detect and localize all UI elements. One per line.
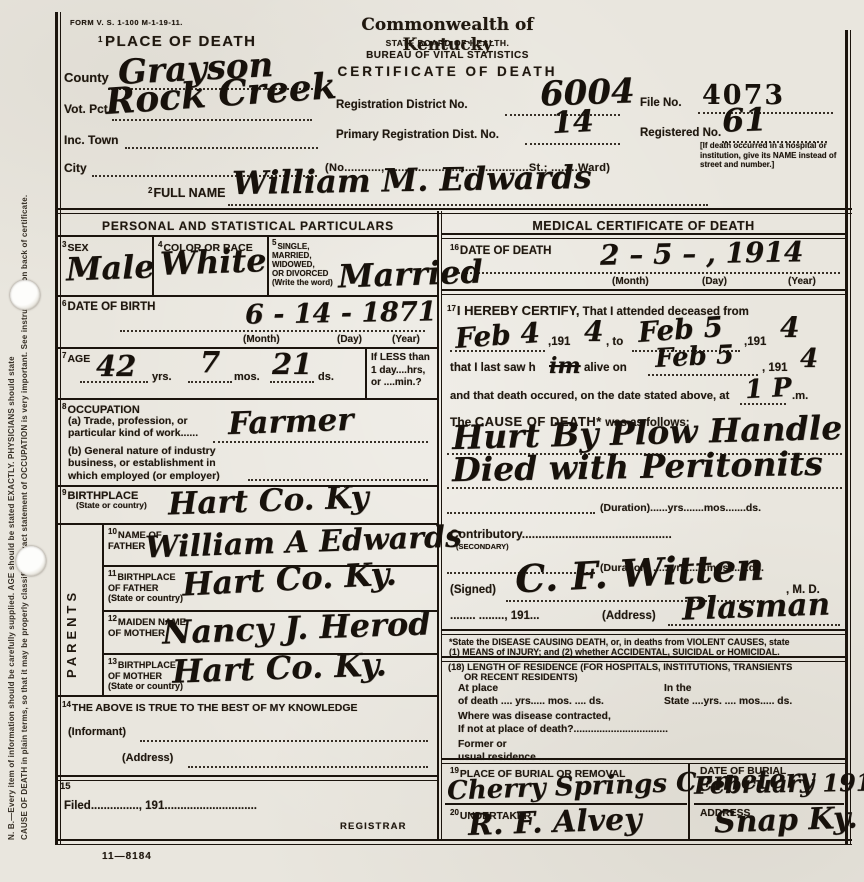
inc-town-leader: [125, 147, 318, 149]
cause-footnote-line1: *State the DISEASE CAUSING DEATH, or, in…: [449, 637, 790, 647]
frame-left-inner: [60, 12, 61, 845]
header-rule: [55, 208, 852, 214]
burial-date-value: February 1914: [694, 770, 864, 797]
marital-label: 5SINGLE, MARRIED, WIDOWED, OR DIVORCED (…: [272, 239, 333, 288]
margin-note-line1: N. B.—Every item of information should b…: [6, 28, 19, 840]
age-yrs-label: yrs.: [152, 371, 172, 384]
statement-rule: [57, 775, 439, 781]
bottom-rule: [55, 839, 852, 845]
death-time-value: 1 P: [744, 375, 792, 403]
dob-month-label: (Month): [243, 334, 280, 346]
father-name-value: William A Edwards: [145, 522, 463, 563]
from-year-value: 4: [584, 318, 603, 346]
dob-year-label: (Year): [392, 334, 420, 346]
dob-day-label: (Day): [337, 334, 362, 346]
physician-address-label: (Address): [602, 610, 656, 624]
certificate-title: CERTIFICATE OF DEATH: [330, 64, 565, 80]
full-name-value: William M. Edwards: [232, 161, 592, 199]
death-occurred-label: and that death occured, on the date stat…: [450, 390, 729, 403]
residence-rule: [441, 758, 846, 764]
margin-note: N. B.—Every item of information should b…: [6, 28, 50, 840]
cause-of-death-line2: Died with Peritonits: [452, 447, 823, 486]
plate-number: 11—8184: [102, 851, 152, 863]
in-the-state-label: In the State ....yrs. .... mos..... ds.: [664, 683, 792, 709]
parents-vertical-label: PARENTS: [64, 548, 79, 678]
parents-cell-divider: [102, 523, 104, 695]
age-days-value: 21: [272, 350, 312, 379]
informant-statement-label: 14THE ABOVE IS TRUE TO THE BEST OF MY KN…: [62, 700, 358, 714]
at-place-of-death-label: At place of death .... yrs..... mos. ...…: [458, 683, 604, 709]
race-value: White: [159, 244, 267, 280]
date-of-death-value: 2 – 5 – , 1914: [600, 238, 804, 270]
full-name-leader: [228, 204, 708, 206]
age-subcell-divider: [365, 348, 367, 398]
to-year-prefix: ,191: [744, 336, 766, 350]
medical-section-title: MEDICAL CERTIFICATE OF DEATH: [441, 219, 846, 234]
dod-month-label: (Month): [612, 276, 649, 288]
primary-registration-leader: [525, 143, 620, 145]
age-years-value: 42: [96, 352, 136, 381]
informant-label: (Informant): [68, 726, 126, 739]
father-birthplace-value: Hart Co. Ky.: [181, 557, 397, 600]
filed-section-number: 15: [60, 781, 71, 792]
registration-district-label: Registration District No.: [336, 99, 468, 113]
row-rule: [57, 695, 439, 697]
row-rule: [57, 398, 439, 400]
secondary-label: (SECONDARY): [456, 543, 509, 552]
informant-leader: [140, 740, 428, 742]
age-months-value: 7: [200, 348, 220, 377]
undertaker-address-value: Snap Ky.: [714, 804, 858, 839]
punch-hole: [16, 546, 46, 576]
sex-value: Male: [65, 250, 155, 285]
county-label: County: [64, 70, 109, 85]
contributory-label: Contributory............................…: [450, 527, 672, 541]
death-time-suffix: .m.: [792, 390, 808, 403]
primary-registration-label: Primary Registration Dist. No.: [336, 129, 499, 143]
undertaker-value: R. F. Alvey: [468, 805, 643, 841]
form-number: FORM V. S. 1-100 M-1-19-11.: [70, 19, 183, 28]
last-saw-post-label: alive on: [584, 362, 627, 376]
signed-label: (Signed): [450, 584, 496, 598]
dob-label: 6DATE OF BIRTH: [62, 299, 155, 315]
age-less-than-label: If LESS than 1 day....hrs, or ....min.?: [371, 352, 430, 390]
frame-left-outer: [55, 12, 58, 845]
father-birthplace-label: 11BIRTHPLACE OF FATHER (State or country…: [108, 569, 183, 604]
personal-title-rule: [57, 235, 439, 237]
registered-no-value: 61: [721, 103, 767, 137]
dod-day-label: (Day): [702, 276, 727, 288]
mother-birthplace-value: Hart Co. Ky.: [172, 648, 388, 687]
attended-from-value: Feb 4: [454, 319, 541, 353]
personal-section-title: PERSONAL AND STATISTICAL PARTICULARS: [57, 219, 439, 233]
occupation-value: Farmer: [227, 405, 354, 440]
birthplace-sub-label: (State or country): [76, 500, 147, 510]
age-ds-label: ds.: [318, 371, 334, 384]
filed-label: Filed..............., 191...............…: [64, 800, 257, 814]
to-year-value: 4: [780, 314, 799, 342]
last-saw-year-value: 4: [800, 346, 818, 372]
dod-rule: [441, 289, 846, 295]
dod-year-label: (Year): [788, 276, 816, 288]
residence-label-line2: OR RECENT RESIDENTS): [464, 672, 578, 683]
punch-hole: [10, 280, 40, 310]
duration-leader: [447, 512, 595, 514]
last-saw-leader: [648, 374, 758, 376]
city-label: City: [64, 161, 87, 175]
hospital-note: [If death occurred in a hospital or inst…: [700, 141, 852, 170]
registrar-label: REGISTRAR: [340, 821, 407, 832]
date-of-death-leader: [455, 272, 840, 274]
last-saw-pre-label: that I last saw h: [450, 362, 536, 376]
mother-maiden-name-value: Nancy J. Herod: [162, 607, 432, 648]
duration-label: (Duration)......yrs.......mos.......ds.: [600, 502, 761, 514]
last-saw-him-value: im: [549, 355, 581, 377]
signed-date-blank-label: ........ ........, 191...: [450, 610, 539, 624]
disease-contracted-label: Where was disease contracted, If not at …: [458, 711, 668, 737]
birthplace-value: Hart Co. Ky: [168, 483, 370, 521]
section-number: 1: [98, 35, 104, 44]
occupation-b-label: (b) General nature of industry business,…: [68, 445, 220, 482]
age-mos-label: mos.: [234, 371, 260, 384]
primary-registration-value: 14: [551, 107, 594, 139]
race-marital-divider: [267, 237, 269, 295]
to-label: , to: [606, 336, 623, 350]
marital-value: Married: [337, 255, 483, 292]
full-name-label: 2FULL NAME: [148, 186, 225, 201]
from-year-prefix: ,191: [548, 336, 570, 350]
physician-address-value: Plasman: [682, 589, 831, 625]
informant-address-label: (Address): [122, 752, 173, 765]
inc-town-label: Inc. Town: [64, 133, 118, 147]
age-days-leader: [270, 381, 314, 383]
dob-leader: [120, 330, 425, 332]
informant-address-leader: [188, 766, 428, 768]
age-months-leader: [188, 381, 232, 383]
state-board-subtitle: STATE BOARD OF HEALTH.: [330, 38, 565, 48]
dob-value: 6 - 14 - 1871: [245, 298, 437, 328]
margin-note-line2: CAUSE OF DEATH in plain terms, so that i…: [19, 28, 32, 840]
registered-no-label: Registered No.: [640, 127, 721, 141]
occupation-a-label: (a) Trade, profession, or particular kin…: [68, 415, 198, 440]
bureau-subtitle: BUREAU OF VITAL STATISTICS: [330, 50, 565, 62]
voting-precinct-label: Vot. Pct.: [64, 102, 111, 116]
last-saw-date-value: Feb 5: [654, 342, 734, 372]
signature-rule: [441, 629, 846, 635]
file-no-label: File No.: [640, 97, 682, 111]
age-label: 7AGE: [62, 351, 90, 365]
